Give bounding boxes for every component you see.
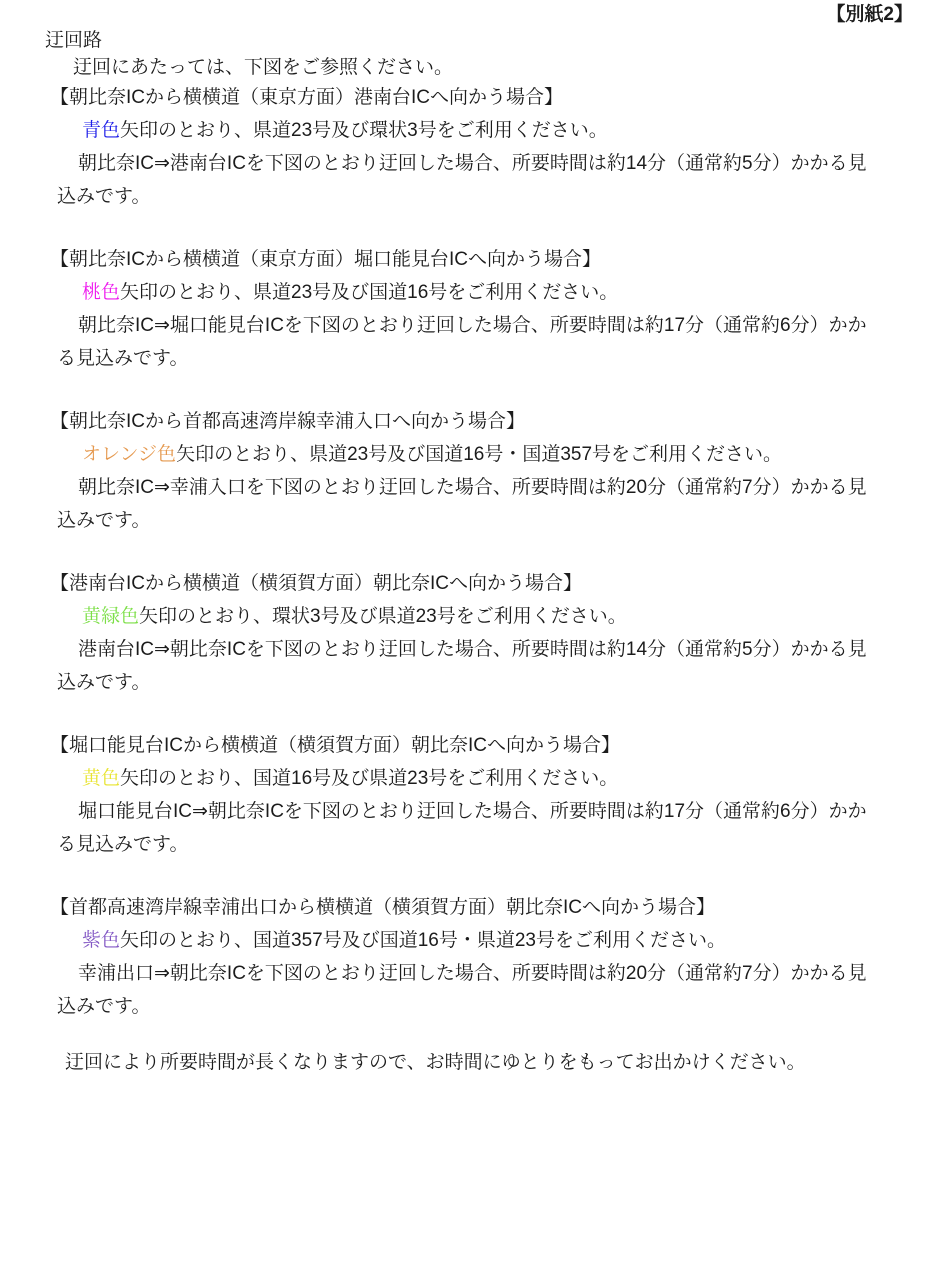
section-header: 【朝比奈ICから横横道（東京方面）港南台ICへ向かう場合】 [50,81,927,114]
color-word-blue: 青色 [82,120,120,141]
detour-section: 【朝比奈ICから横横道（東京方面）堀口能見台ICへ向かう場合】桃色矢印のとおり、… [0,243,927,375]
detour-section: 【首都高速湾岸線幸浦出口から横横道（横須賀方面）朝比奈ICへ向かう場合】紫色矢印… [0,891,927,1023]
color-word-purple: 紫色 [82,930,120,951]
color-word-pink: 桃色 [82,282,120,303]
color-word-orange: オレンジ色 [82,444,176,465]
detour-section: 【朝比奈ICから横横道（東京方面）港南台ICへ向かう場合】青色矢印のとおり、県道… [0,81,927,213]
detour-section: 【朝比奈ICから首都高速湾岸線幸浦入口へ向かう場合】オレンジ色矢印のとおり、県道… [0,405,927,537]
color-word-yellow: 黄色 [82,768,120,789]
detail-line-1: 幸浦出口⇒朝比奈ICを下図のとおり迂回した場合、所要時間は約20分（通常約7分）… [78,957,927,990]
instruction-line: 青色矢印のとおり、県道23号及び環状3号をご利用ください。 [82,114,927,147]
document-page: 【別紙2】 迂回路 迂回にあたっては、下図をご参照ください。 【朝比奈ICから横… [0,0,927,1280]
detail-line-1: 朝比奈IC⇒幸浦入口を下図のとおり迂回した場合、所要時間は約20分（通常約7分）… [78,471,927,504]
detail-line-1: 朝比奈IC⇒堀口能見台ICを下図のとおり迂回した場合、所要時間は約17分（通常約… [78,309,927,342]
detour-section: 【港南台ICから横横道（横須賀方面）朝比奈ICへ向かう場合】黄緑色矢印のとおり、… [0,567,927,699]
detail-line-1: 堀口能見台IC⇒朝比奈ICを下図のとおり迂回した場合、所要時間は約17分（通常約… [78,795,927,828]
section-header: 【朝比奈ICから首都高速湾岸線幸浦入口へ向かう場合】 [50,405,927,438]
detail-line-2: る見込みです。 [57,342,927,375]
section-header: 【堀口能見台ICから横横道（横須賀方面）朝比奈ICへ向かう場合】 [50,729,927,762]
color-word-yellow_green: 黄緑色 [82,606,139,627]
detail-line-2: 込みです。 [57,990,927,1023]
detail-line-1: 朝比奈IC⇒港南台ICを下図のとおり迂回した場合、所要時間は約14分（通常約5分… [78,147,927,180]
section-header: 【首都高速湾岸線幸浦出口から横横道（横須賀方面）朝比奈ICへ向かう場合】 [50,891,927,924]
detail-line-1: 港南台IC⇒朝比奈ICを下図のとおり迂回した場合、所要時間は約14分（通常約5分… [78,633,927,666]
closing-note: 迂回により所要時間が長くなりますので、お時間にゆとりをもってお出かけください。 [65,1049,927,1076]
detail-line-2: 込みです。 [57,504,927,537]
instruction-line: 桃色矢印のとおり、県道23号及び国道16号をご利用ください。 [82,276,927,309]
intro-text: 迂回にあたっては、下図をご参照ください。 [73,54,927,81]
detour-sections-container: 【朝比奈ICから横横道（東京方面）港南台ICへ向かう場合】青色矢印のとおり、県道… [0,81,927,1023]
detour-section: 【堀口能見台ICから横横道（横須賀方面）朝比奈ICへ向かう場合】黄色矢印のとおり… [0,729,927,861]
instruction-text: 矢印のとおり、県道23号及び国道16号・国道357号をご利用ください。 [176,444,782,465]
detail-line-2: る見込みです。 [57,828,927,861]
detail-line-2: 込みです。 [57,180,927,213]
instruction-text: 矢印のとおり、国道16号及び県道23号をご利用ください。 [120,768,618,789]
instruction-line: 黄緑色矢印のとおり、環状3号及び県道23号をご利用ください。 [82,600,927,633]
attachment-tag: 【別紙2】 [0,0,927,27]
instruction-line: 黄色矢印のとおり、国道16号及び県道23号をご利用ください。 [82,762,927,795]
instruction-line: 紫色矢印のとおり、国道357号及び国道16号・県道23号をご利用ください。 [82,924,927,957]
instruction-text: 矢印のとおり、環状3号及び県道23号をご利用ください。 [139,606,627,627]
detail-line-2: 込みです。 [57,666,927,699]
instruction-text: 矢印のとおり、県道23号及び環状3号をご利用ください。 [120,120,608,141]
section-header: 【朝比奈ICから横横道（東京方面）堀口能見台ICへ向かう場合】 [50,243,927,276]
instruction-line: オレンジ色矢印のとおり、県道23号及び国道16号・国道357号をご利用ください。 [82,438,927,471]
instruction-text: 矢印のとおり、国道357号及び国道16号・県道23号をご利用ください。 [120,930,726,951]
section-header: 【港南台ICから横横道（横須賀方面）朝比奈ICへ向かう場合】 [50,567,927,600]
instruction-text: 矢印のとおり、県道23号及び国道16号をご利用ください。 [120,282,618,303]
page-title: 迂回路 [45,27,927,54]
